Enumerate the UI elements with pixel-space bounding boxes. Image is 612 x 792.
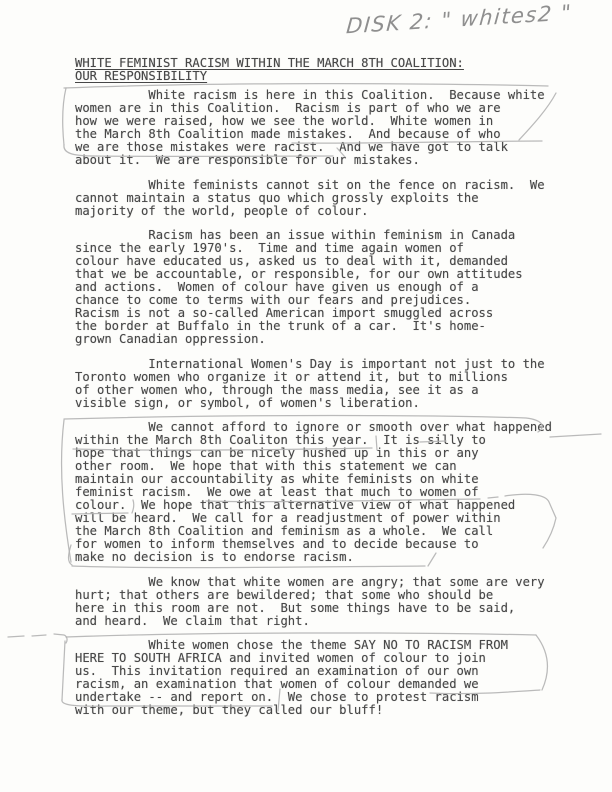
document-title-line2: OUR RESPONSIBILITY [75,70,559,83]
handwritten-disk-note: DISK 2: " whites2 " [345,0,612,38]
paragraph-2: White feminists cannot sit on the fence … [75,179,559,218]
paragraph-3: Racism has been an issue within feminism… [75,229,559,346]
scanned-document-page: DISK 2: " whites2 " WHITE FEMINIST RACIS… [0,0,612,792]
paragraph-5: We cannot afford to ignore or smooth ove… [75,421,559,564]
paragraph-7: White women chose the theme SAY NO TO RA… [75,639,559,717]
typed-text-column: WHITE FEMINIST RACISM WITHIN THE MARCH 8… [75,57,559,729]
paragraph-6: We know that white women are angry; that… [75,576,559,628]
document-title: WHITE FEMINIST RACISM WITHIN THE MARCH 8… [75,57,559,83]
paragraph-4: International Women's Day is important n… [75,358,559,410]
paragraph-1: White racism is here in this Coalition. … [75,89,559,167]
